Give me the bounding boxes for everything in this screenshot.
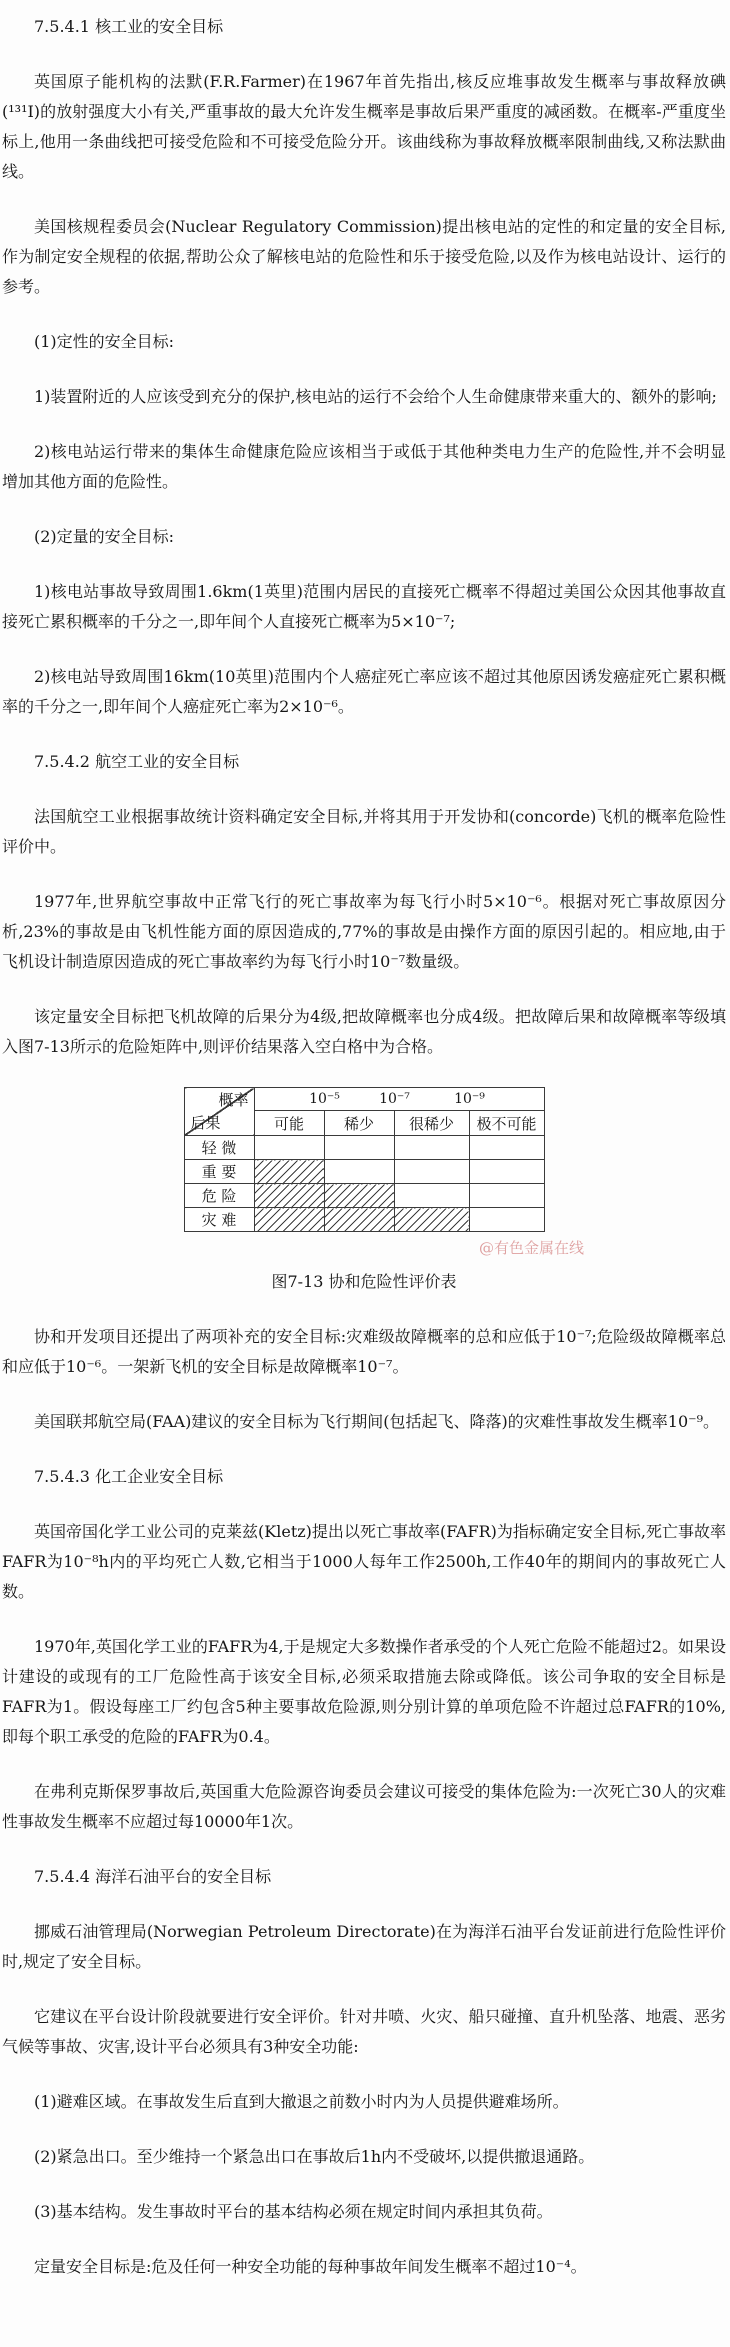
document-body: 7.5.4.1 核工业的安全目标 英国原子能机构的法默(F.R.Farmer)在…	[0, 0, 730, 2347]
paragraph: 美国联邦航空局(FAA)建议的安全目标为飞行期间(包括起飞、降落)的灾难性事故发…	[2, 1407, 726, 1437]
row-label: 轻 微	[184, 1136, 254, 1160]
prob-tick: 10⁻⁵	[309, 1088, 340, 1110]
row-label: 危 险	[184, 1184, 254, 1208]
probability-corner-label: 概率	[218, 1089, 248, 1110]
matrix-cell	[254, 1184, 324, 1208]
section-heading-7541: 7.5.4.1 核工业的安全目标	[2, 12, 726, 42]
paragraph: 1)核电站事故导致周围1.6km(1英里)范围内居民的直接死亡概率不得超过美国公…	[2, 577, 726, 637]
watermark: @有色金属在线	[134, 1237, 584, 1259]
paragraph: 它建议在平台设计阶段就要进行安全评价。针对井喷、火灾、船只碰撞、直升机坠落、地震…	[2, 2002, 726, 2062]
consequence-corner-label: 后果	[191, 1112, 221, 1133]
prob-tick: 10⁻⁷	[379, 1088, 410, 1110]
paragraph: 1977年,世界航空事故中正常飞行的死亡事故率为每飞行小时5×10⁻⁶。根据对死…	[2, 887, 726, 977]
col-header: 极不可能	[469, 1111, 544, 1136]
paragraph: 英国原子能机构的法默(F.R.Farmer)在1967年首先指出,核反应堆事故发…	[2, 67, 726, 187]
col-header: 可能	[254, 1111, 324, 1136]
paragraph: (1)定性的安全目标:	[2, 327, 726, 357]
paragraph: 在弗利克斯保罗事故后,英国重大危险源咨询委员会建议可接受的集体危险为:一次死亡3…	[2, 1777, 726, 1837]
paragraph: 协和开发项目还提出了两项补充的安全目标:灾难级故障概率的总和应低于10⁻⁷;危险…	[2, 1322, 726, 1382]
paragraph: (2)定量的安全目标:	[2, 522, 726, 552]
paragraph: (2)紧急出口。至少维持一个紧急出口在事故后1h内不受破坏,以提供撤退通路。	[2, 2142, 726, 2172]
section-heading-7542: 7.5.4.2 航空工业的安全目标	[2, 747, 726, 777]
figure-7-13: 概率 后果 10⁻⁵ 10⁻⁷ 10⁻⁹ 可能 稀少 很稀少 极不可能 轻 微	[134, 1087, 594, 1259]
paragraph: 1)装置附近的人应该受到充分的保护,核电站的运行不会给个人生命健康带来重大的、额…	[2, 382, 726, 412]
matrix-cell	[469, 1184, 544, 1208]
paragraph: (3)基本结构。发生事故时平台的基本结构必须在规定时间内承担其负荷。	[2, 2197, 726, 2227]
paragraph: 2)核电站导致周围16km(10英里)范围内个人癌症死亡率应该不超过其他原因诱发…	[2, 662, 726, 722]
matrix-cell	[394, 1208, 469, 1232]
matrix-cell	[324, 1208, 394, 1232]
matrix-cell	[469, 1136, 544, 1160]
matrix-cell	[394, 1160, 469, 1184]
paragraph: 1970年,英国化学工业的FAFR为4,于是规定大多数操作者承受的个人死亡危险不…	[2, 1632, 726, 1752]
matrix-cell	[324, 1136, 394, 1160]
paragraph: 2)核电站运行带来的集体生命健康危险应该相当于或低于其他种类电力生产的危险性,并…	[2, 437, 726, 497]
matrix-cell	[324, 1184, 394, 1208]
matrix-cell	[469, 1160, 544, 1184]
row-label: 重 要	[184, 1160, 254, 1184]
paragraph: 该定量安全目标把飞机故障的后果分为4级,把故障概率也分成4级。把故障后果和故障概…	[2, 1002, 726, 1062]
matrix-cell	[394, 1136, 469, 1160]
section-heading-7544: 7.5.4.4 海洋石油平台的安全目标	[2, 1862, 726, 1892]
matrix-cell	[254, 1208, 324, 1232]
matrix-cell	[254, 1136, 324, 1160]
paragraph: 定量安全目标是:危及任何一种安全功能的每种事故年间发生概率不超过10⁻⁴。	[2, 2252, 726, 2282]
col-header: 很稀少	[394, 1111, 469, 1136]
section-heading-7543: 7.5.4.3 化工企业安全目标	[2, 1462, 726, 1492]
risk-matrix-table: 概率 后果 10⁻⁵ 10⁻⁷ 10⁻⁹ 可能 稀少 很稀少 极不可能 轻 微	[184, 1087, 545, 1232]
row-label: 灾 难	[184, 1208, 254, 1232]
matrix-cell	[394, 1184, 469, 1208]
diagonal-header-cell: 概率 后果	[184, 1088, 254, 1136]
matrix-cell	[469, 1208, 544, 1232]
col-header: 稀少	[324, 1111, 394, 1136]
paragraph: 美国核规程委员会(Nuclear Regulatory Commission)提…	[2, 212, 726, 302]
matrix-cell	[254, 1160, 324, 1184]
paragraph: 挪威石油管理局(Norwegian Petroleum Directorate)…	[2, 1917, 726, 1977]
paragraph: 法国航空工业根据事故统计资料确定安全目标,并将其用于开发协和(concorde)…	[2, 802, 726, 862]
figure-caption: 图7-13 协和危险性评价表	[2, 1267, 726, 1297]
prob-tick: 10⁻⁹	[454, 1088, 485, 1110]
paragraph: 英国帝国化学工业公司的克莱兹(Kletz)提出以死亡事故率(FAFR)为指标确定…	[2, 1517, 726, 1607]
probability-tick-band: 10⁻⁵ 10⁻⁷ 10⁻⁹	[254, 1088, 544, 1111]
matrix-cell	[324, 1160, 394, 1184]
paragraph: (1)避难区域。在事故发生后直到大撤退之前数小时内为人员提供避难场所。	[2, 2087, 726, 2117]
